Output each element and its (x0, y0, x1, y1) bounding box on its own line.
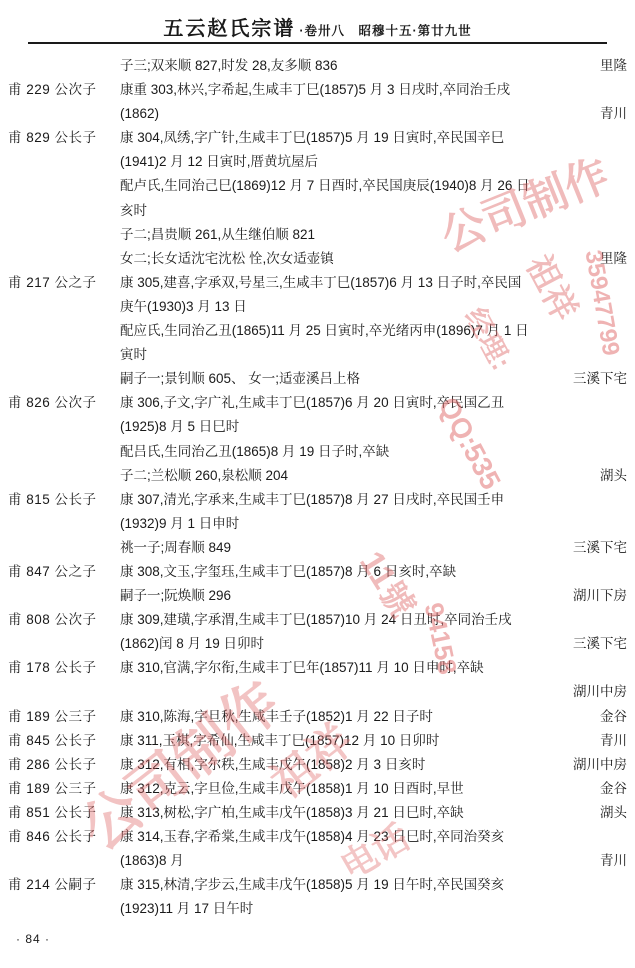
entry-row: 子二;昌贵顺 261,从生继伯顺 821 (8, 223, 627, 247)
residence-label: 三溪下宅 (567, 632, 627, 656)
entry-row: (1941)2 月 12 日寅时,厝黄坑屋后 (8, 150, 627, 174)
residence-label (621, 223, 627, 247)
entry-text: 康 307,清光,字承来,生咸丰丁巳(1857)8 月 27 日戌时,卒民国壬申 (120, 488, 621, 512)
residence-label: 里隆 (594, 54, 627, 78)
entry-row: 甫 846 公长子康 314,玉春,字希棠,生咸丰戊午(1858)4 月 23 … (8, 825, 627, 849)
entry-row: 甫 217 公之子康 305,建喜,字承双,号星三,生咸丰丁巳(1857)6 月… (8, 271, 627, 295)
father-label (8, 367, 120, 391)
entry-row: 嗣子一;景钊顺 605、 女一;适壶溪吕上格三溪下宅 (8, 367, 627, 391)
father-label (8, 150, 120, 174)
entry-row: 甫 229 公次子康重 303,林兴,字希起,生咸丰丁巳(1857)5 月 3 … (8, 78, 627, 102)
father-label: 甫 178 公长子 (8, 656, 120, 680)
father-label: 甫 851 公长子 (8, 801, 120, 825)
entry-text: (1925)8 月 5 日巳时 (120, 415, 621, 439)
father-label (8, 440, 120, 464)
residence-label (621, 560, 627, 584)
entry-text: 康重 303,林兴,字希起,生咸丰丁巳(1857)5 月 3 日戌时,卒同治壬戌 (120, 78, 621, 102)
entry-row: 女二;长女适沈宅沈松 恮,次女适壶镇里隆 (8, 247, 627, 271)
residence-label: 三溪下宅 (567, 367, 627, 391)
entry-row: 配吕氏,生同治乙丑(1865)8 月 19 日子时,卒缺 (8, 440, 627, 464)
father-label (8, 897, 120, 921)
residence-label (621, 78, 627, 102)
residence-label: 青川 (594, 102, 627, 126)
father-label: 甫 815 公长子 (8, 488, 120, 512)
entry-row: (1925)8 月 5 日巳时 (8, 415, 627, 439)
entry-row: 子二;兰松顺 260,泉松顺 204湖头 (8, 464, 627, 488)
entry-text: 寅时 (120, 343, 621, 367)
father-label (8, 319, 120, 343)
entry-text: (1862)闰 8 月 19 日卯时 (120, 632, 567, 656)
father-label: 甫 286 公长子 (8, 753, 120, 777)
entry-row: 配应氏,生同治乙丑(1865)11 月 25 日寅时,卒光绪丙申(1896)7 … (8, 319, 627, 343)
father-label (8, 174, 120, 198)
father-label (8, 680, 120, 704)
residence-label (621, 873, 627, 897)
father-label (8, 415, 120, 439)
entry-text: 康 312,克云,字旦俭,生咸丰戊午(1858)1 月 10 日酉时,早世 (120, 777, 594, 801)
entry-text: 康 309,建璜,字承渭,生咸丰丁巳(1857)10 月 24 日丑时,卒同治壬… (120, 608, 621, 632)
entry-row: 子三;双来顺 827,时发 28,友多顺 836里隆 (8, 54, 627, 78)
residence-label (621, 825, 627, 849)
entry-row: 甫 851 公长子康 313,树松,字广柏,生咸丰戊午(1858)3 月 21 … (8, 801, 627, 825)
residence-label (621, 897, 627, 921)
residence-label: 湖头 (594, 464, 627, 488)
father-label: 甫 217 公之子 (8, 271, 120, 295)
father-label: 甫 845 公长子 (8, 729, 120, 753)
residence-label (621, 488, 627, 512)
father-label: 甫 826 公次子 (8, 391, 120, 415)
residence-label (621, 391, 627, 415)
volume-subtitle: ·卷卅八 昭穆十五·第廿九世 (299, 24, 471, 38)
entry-text: 康 311,玉棋,字希仙,生咸丰丁巳(1857)12 月 10 日卯时 (120, 729, 594, 753)
entry-row: 甫 189 公三子康 312,克云,字旦俭,生咸丰戊午(1858)1 月 10 … (8, 777, 627, 801)
entry-row: 甫 178 公长子康 310,官满,字尔衔,生咸丰丁巳年(1857)11 月 1… (8, 656, 627, 680)
entries: 子三;双来顺 827,时发 28,友多顺 836里隆甫 229 公次子康重 30… (8, 54, 627, 921)
entry-row: 甫 826 公次子康 306,子文,字广礼,生咸丰丁巳(1857)6 月 20 … (8, 391, 627, 415)
entry-text: 康 313,树松,字广柏,生咸丰戊午(1858)3 月 21 日巳时,卒缺 (120, 801, 594, 825)
entry-row: 亥时 (8, 199, 627, 223)
father-label (8, 849, 120, 873)
entry-text: 配吕氏,生同治乙丑(1865)8 月 19 日子时,卒缺 (120, 440, 621, 464)
header-rule (28, 42, 607, 44)
father-label (8, 512, 120, 536)
residence-label: 湖头 (594, 801, 627, 825)
residence-label (621, 199, 627, 223)
residence-label: 湖川中房 (567, 680, 627, 704)
residence-label: 青川 (594, 849, 627, 873)
entry-text: 康 304,凤绣,字广针,生咸丰丁巳(1857)5 月 19 日寅时,卒民国辛巳 (120, 126, 621, 150)
entry-text: (1941)2 月 12 日寅时,厝黄坑屋后 (120, 150, 621, 174)
entry-text: 祧一子;周春顺 849 (120, 536, 567, 560)
entry-row: (1863)8 月青川 (8, 849, 627, 873)
father-label (8, 536, 120, 560)
father-label: 甫 829 公长子 (8, 126, 120, 150)
entry-text: 庚午(1930)3 月 13 日 (120, 295, 621, 319)
father-label: 甫 189 公三子 (8, 705, 120, 729)
residence-label (621, 512, 627, 536)
father-label: 甫 214 公嗣子 (8, 873, 120, 897)
entry-text: (1923)11 月 17 日午时 (120, 897, 621, 921)
residence-label (621, 295, 627, 319)
entry-text: 子三;双来顺 827,时发 28,友多顺 836 (120, 54, 594, 78)
father-label: 甫 808 公次子 (8, 608, 120, 632)
book-title: 五云赵氏宗谱 (163, 18, 295, 40)
genealogy-page: 五云赵氏宗谱·卷卅八 昭穆十五·第廿九世 子三;双来顺 827,时发 28,友多… (0, 0, 635, 968)
father-label (8, 247, 120, 271)
father-label (8, 102, 120, 126)
father-label (8, 199, 120, 223)
entry-row: 甫 815 公长子康 307,清光,字承来,生咸丰丁巳(1857)8 月 27 … (8, 488, 627, 512)
entry-row: 祧一子;周春顺 849三溪下宅 (8, 536, 627, 560)
residence-label (621, 440, 627, 464)
entry-row: 甫 286 公长子康 312,有相,字尔秩,生咸丰戊午(1858)2 月 3 日… (8, 753, 627, 777)
entry-text (120, 680, 567, 704)
entry-text: 康 305,建喜,字承双,号星三,生咸丰丁巳(1857)6 月 13 日子时,卒… (120, 271, 621, 295)
entry-row: (1923)11 月 17 日午时 (8, 897, 627, 921)
father-label (8, 464, 120, 488)
entry-row: (1862)青川 (8, 102, 627, 126)
father-label: 甫 229 公次子 (8, 78, 120, 102)
residence-label: 金谷 (594, 705, 627, 729)
father-label (8, 54, 120, 78)
father-label (8, 295, 120, 319)
residence-label (621, 271, 627, 295)
entry-row: 甫 808 公次子康 309,建璜,字承渭,生咸丰丁巳(1857)10 月 24… (8, 608, 627, 632)
residence-label (621, 415, 627, 439)
residence-label: 青川 (594, 729, 627, 753)
father-label (8, 223, 120, 247)
entry-text: 子二;兰松顺 260,泉松顺 204 (120, 464, 594, 488)
entry-text: 康 310,官满,字尔衔,生咸丰丁巳年(1857)11 月 10 日申时,卒缺 (120, 656, 621, 680)
entry-text: (1863)8 月 (120, 849, 594, 873)
residence-label (621, 150, 627, 174)
entry-row: 甫 829 公长子康 304,凤绣,字广针,生咸丰丁巳(1857)5 月 19 … (8, 126, 627, 150)
entry-row: 配卢氏,生同治己巳(1869)12 月 7 日酉时,卒民国庚辰(1940)8 月… (8, 174, 627, 198)
residence-label: 湖川下房 (567, 584, 627, 608)
entry-row: 甫 845 公长子康 311,玉棋,字希仙,生咸丰丁巳(1857)12 月 10… (8, 729, 627, 753)
entry-text: 女二;长女适沈宅沈松 恮,次女适壶镇 (120, 247, 594, 271)
entry-text: 康 308,文玉,字玺珏,生咸丰丁巳(1857)8 月 6 日亥时,卒缺 (120, 560, 621, 584)
entry-text: 康 306,子文,字广礼,生咸丰丁巳(1857)6 月 20 日寅时,卒民国乙丑 (120, 391, 621, 415)
residence-label (621, 319, 627, 343)
page-header: 五云赵氏宗谱·卷卅八 昭穆十五·第廿九世 (0, 12, 635, 41)
page-number: · 84 · (16, 932, 50, 946)
father-label (8, 584, 120, 608)
entry-row: 湖川中房 (8, 680, 627, 704)
entry-text: 康 310,陈海,字旦秋,生咸丰壬子(1852)1 月 22 日子时 (120, 705, 594, 729)
residence-label: 金谷 (594, 777, 627, 801)
entry-text: (1862) (120, 102, 594, 126)
father-label: 甫 189 公三子 (8, 777, 120, 801)
entry-text: 亥时 (120, 199, 621, 223)
entry-text: 康 312,有相,字尔秩,生咸丰戊午(1858)2 月 3 日亥时 (120, 753, 567, 777)
father-label: 甫 846 公长子 (8, 825, 120, 849)
residence-label (621, 608, 627, 632)
entry-row: 甫 214 公嗣子康 315,林清,字步云,生咸丰戊午(1858)5 月 19 … (8, 873, 627, 897)
father-label (8, 632, 120, 656)
entry-text: 康 314,玉春,字希棠,生咸丰戊午(1858)4 月 23 日巳时,卒同治癸亥 (120, 825, 621, 849)
residence-label (621, 656, 627, 680)
entry-row: 嗣子一;阮焕顺 296湖川下房 (8, 584, 627, 608)
entry-text: (1932)9 月 1 日申时 (120, 512, 621, 536)
father-label: 甫 847 公之子 (8, 560, 120, 584)
entry-row: 庚午(1930)3 月 13 日 (8, 295, 627, 319)
entry-text: 配应氏,生同治乙丑(1865)11 月 25 日寅时,卒光绪丙申(1896)7 … (120, 319, 621, 343)
entry-row: 甫 189 公三子康 310,陈海,字旦秋,生咸丰壬子(1852)1 月 22 … (8, 705, 627, 729)
residence-label: 里隆 (594, 247, 627, 271)
father-label (8, 343, 120, 367)
entry-text: 嗣子一;景钊顺 605、 女一;适壶溪吕上格 (120, 367, 567, 391)
entry-text: 子二;昌贵顺 261,从生继伯顺 821 (120, 223, 621, 247)
entry-text: 配卢氏,生同治己巳(1869)12 月 7 日酉时,卒民国庚辰(1940)8 月… (120, 174, 621, 198)
entry-row: (1932)9 月 1 日申时 (8, 512, 627, 536)
entry-row: 寅时 (8, 343, 627, 367)
residence-label (621, 343, 627, 367)
residence-label (621, 126, 627, 150)
entry-text: 嗣子一;阮焕顺 296 (120, 584, 567, 608)
entry-text: 康 315,林清,字步云,生咸丰戊午(1858)5 月 19 日午时,卒民国癸亥 (120, 873, 621, 897)
residence-label (621, 174, 627, 198)
entry-row: (1862)闰 8 月 19 日卯时三溪下宅 (8, 632, 627, 656)
entry-row: 甫 847 公之子康 308,文玉,字玺珏,生咸丰丁巳(1857)8 月 6 日… (8, 560, 627, 584)
residence-label: 湖川中房 (567, 753, 627, 777)
residence-label: 三溪下宅 (567, 536, 627, 560)
